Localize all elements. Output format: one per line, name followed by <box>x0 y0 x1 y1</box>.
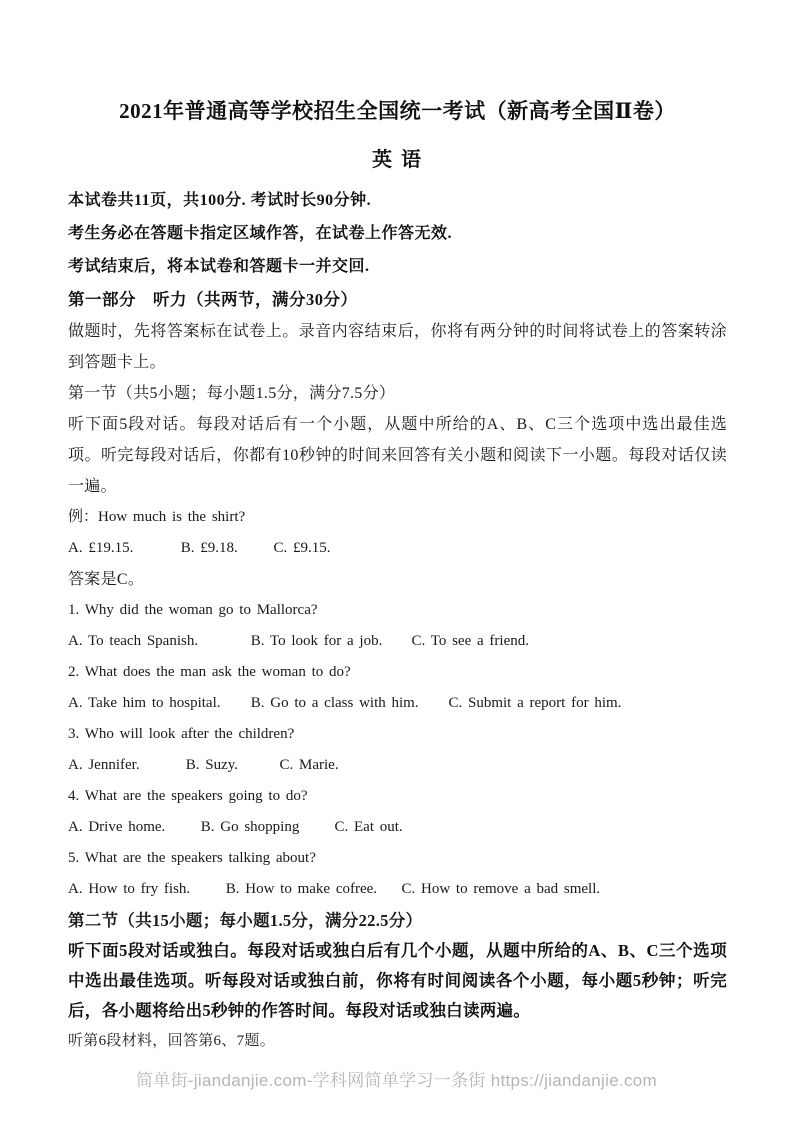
question-1-option-a: A. To teach Spanish. <box>68 626 245 657</box>
question-1-prompt: 1. Why did the woman go to Mallorca? <box>68 595 727 626</box>
example-option-a: A. £19.15. <box>68 533 175 564</box>
question-3-option-a: A. Jennifer. <box>68 750 180 781</box>
example-answer: 答案是C。 <box>68 564 727 595</box>
question-5-prompt: 5. What are the speakers talking about? <box>68 843 727 874</box>
notice-line: 本试卷共11页，共100分. 考试时长90分钟. <box>68 184 727 217</box>
exam-subject: 英 语 <box>68 145 727 175</box>
part1-intro: 做题时，先将答案标在试卷上。录音内容结束后，你将有两分钟的时间将试卷上的答案转涂… <box>68 316 727 378</box>
exam-title: 2021年普通高等学校招生全国统一考试（新高考全国Ⅱ卷） <box>68 96 727 126</box>
section2-instructions: 听下面5段对话或独白。每段对话或独白后有几个小题，从题中所给的A、B、C三个选项… <box>68 936 727 1026</box>
watermark-footer: 简单街-jiandanjie.com-学科网简单学习一条街 https://ji… <box>0 1066 793 1091</box>
question-5-option-a: A. How to fry fish. <box>68 874 220 905</box>
example-prompt: 例：How much is the shirt? <box>68 502 727 533</box>
question-1-option-c: C. To see a friend. <box>412 626 529 657</box>
question-2-options: A. Take him to hospital. B. Go to a clas… <box>68 688 727 719</box>
section2-material-note: 听第6段材料，回答第6、7题。 <box>68 1026 727 1057</box>
question-5-option-c: C. How to remove a bad smell. <box>402 874 601 905</box>
exam-notices: 本试卷共11页，共100分. 考试时长90分钟. 考生务必在答题卡指定区域作答，… <box>68 184 727 283</box>
question-3-options: A. Jennifer. B. Suzy. C. Marie. <box>68 750 727 781</box>
question-4-options: A. Drive home. B. Go shopping C. Eat out… <box>68 812 727 843</box>
question-2-prompt: 2. What does the man ask the woman to do… <box>68 657 727 688</box>
question-3-option-b: B. Suzy. <box>186 750 274 781</box>
section1-heading: 第一节（共5小题；每小题1.5分，满分7.5分） <box>68 378 727 409</box>
notice-line: 考生务必在答题卡指定区域作答，在试卷上作答无效. <box>68 217 727 250</box>
example-option-c: C. £9.15. <box>274 533 331 564</box>
exam-paper-page: 2021年普通高等学校招生全国统一考试（新高考全国Ⅱ卷） 英 语 本试卷共11页… <box>0 0 793 1122</box>
question-2-option-a: A. Take him to hospital. <box>68 688 245 719</box>
question-4-option-a: A. Drive home. <box>68 812 195 843</box>
question-4-option-c: C. Eat out. <box>335 812 403 843</box>
question-4-option-b: B. Go shopping <box>201 812 329 843</box>
exam-content: 2021年普通高等学校招生全国统一考试（新高考全国Ⅱ卷） 英 语 本试卷共11页… <box>0 0 793 1057</box>
notice-line: 考试结束后，将本试卷和答题卡一并交回. <box>68 250 727 283</box>
question-3-prompt: 3. Who will look after the children? <box>68 719 727 750</box>
section1-instructions: 听下面5段对话。每段对话后有一个小题，从题中所给的A、B、C三个选项中选出最佳选… <box>68 409 727 502</box>
question-5-options: A. How to fry fish. B. How to make cofre… <box>68 874 727 905</box>
question-5-option-b: B. How to make cofree. <box>226 874 396 905</box>
example-option-b: B. £9.18. <box>181 533 268 564</box>
question-1-option-b: B. To look for a job. <box>251 626 406 657</box>
part1-heading: 第一部分 听力（共两节，满分30分） <box>68 283 727 316</box>
question-2-option-b: B. Go to a class with him. <box>251 688 443 719</box>
section2-heading: 第二节（共15小题；每小题1.5分，满分22.5分） <box>68 905 727 936</box>
example-options: A. £19.15. B. £9.18. C. £9.15. <box>68 533 727 564</box>
question-4-prompt: 4. What are the speakers going to do? <box>68 781 727 812</box>
question-3-option-c: C. Marie. <box>280 750 339 781</box>
question-1-options: A. To teach Spanish. B. To look for a jo… <box>68 626 727 657</box>
question-2-option-c: C. Submit a report for him. <box>449 688 622 719</box>
